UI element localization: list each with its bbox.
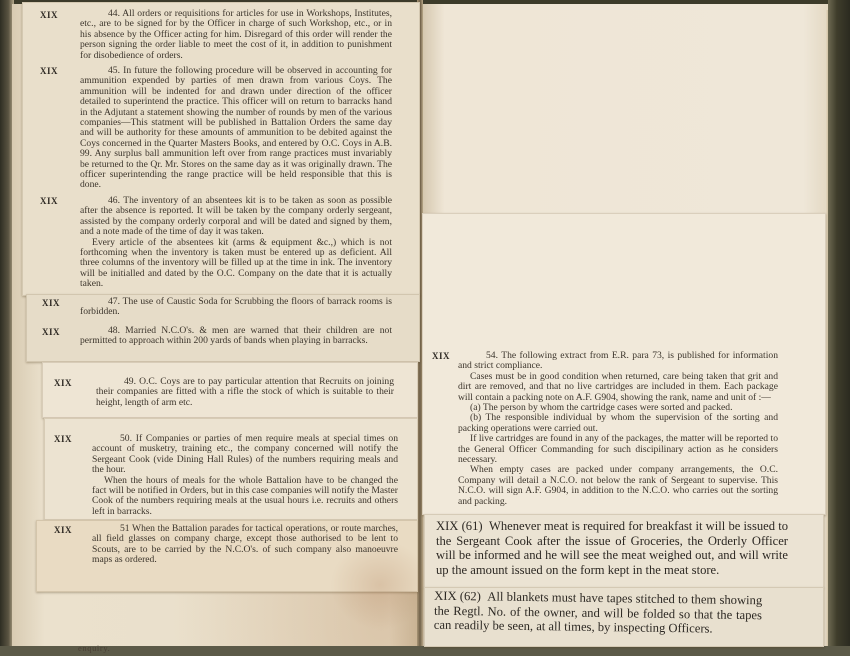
order-44: 44. All orders or requisitions for artic… (80, 9, 392, 61)
order-tag: XIX (54, 525, 72, 535)
order-tag: XIX (54, 378, 72, 388)
book-cover-right-edge (828, 0, 850, 656)
order-tag: XIX (432, 351, 450, 361)
order-subitem-b: (b) The responsible individual by whom t… (458, 413, 778, 434)
order-number: 47. (108, 296, 120, 307)
order-text: Cases must be in good condition when ret… (458, 372, 778, 403)
order-tag: XIX (40, 10, 58, 20)
order-49: 49. O.C. Coys are to pay particular atte… (96, 377, 394, 408)
order-45: 45. In future the following procedure wi… (80, 66, 392, 191)
order-tag: XIX (61) (436, 519, 483, 533)
order-text: If Companies or parties of men require m… (92, 433, 398, 475)
order-text: O.C. Coys are to pay particular attentio… (96, 376, 394, 408)
order-text: The following extract from E.R. para 73,… (458, 350, 778, 371)
order-46: 46. The inventory of an absentees kit is… (80, 196, 392, 290)
order-text: When the hours of meals for the whole Ba… (92, 476, 398, 518)
order-number: 44. (108, 8, 120, 19)
order-text: Married N.C.O's. & men are warned that t… (80, 325, 392, 346)
order-text: Every article of the absentees kit (arms… (80, 238, 392, 290)
order-text: When empty cases are packed under compan… (458, 465, 778, 507)
order-number: 48. (108, 325, 120, 336)
order-48: 48. Married N.C.O's. & men are warned th… (80, 326, 392, 347)
open-book: XIX 44. All orders or requisitions for a… (0, 0, 850, 656)
order-tag: XIX (42, 327, 60, 337)
order-number: 54. (486, 350, 498, 361)
order-text: Whenever meat is required for breakfast … (436, 519, 788, 577)
order-tag: XIX (42, 298, 60, 308)
order-text: In future the following procedure will b… (80, 65, 392, 190)
order-text: The use of Caustic Soda for Scrubbing th… (80, 296, 392, 317)
order-tag: XIX (40, 66, 58, 76)
order-50: 50. If Companies or parties of men requi… (92, 434, 398, 517)
order-61: XIX (61) Whenever meat is required for b… (436, 519, 788, 577)
order-text: If live cartridges are found in any of t… (458, 434, 778, 465)
order-text: When the Battalion parades for tactical … (92, 523, 398, 565)
order-54: 54. The following extract from E.R. para… (458, 351, 778, 507)
order-number: 46. (108, 195, 120, 206)
order-number: 50. (120, 433, 132, 444)
order-text: All blankets must have tapes stitched to… (434, 589, 763, 635)
order-tag: XIX (62) (434, 589, 481, 604)
order-number: 49. (124, 376, 136, 387)
order-text: All orders or requisitions for articles … (80, 8, 392, 61)
order-47: 47. The use of Caustic Soda for Scrubbin… (80, 297, 392, 318)
order-number: 45. (108, 65, 120, 76)
order-text: The inventory of an absentees kit is to … (80, 195, 392, 237)
order-tag: XIX (54, 434, 72, 444)
order-number: 51 (120, 523, 130, 534)
page-footer-word: enquiry. (78, 643, 110, 653)
book-bottom-edge (0, 646, 850, 656)
order-51: 51 When the Battalion parades for tactic… (92, 524, 398, 566)
order-62: XIX (62) All blankets must have tapes st… (434, 589, 763, 637)
order-tag: XIX (40, 196, 58, 206)
